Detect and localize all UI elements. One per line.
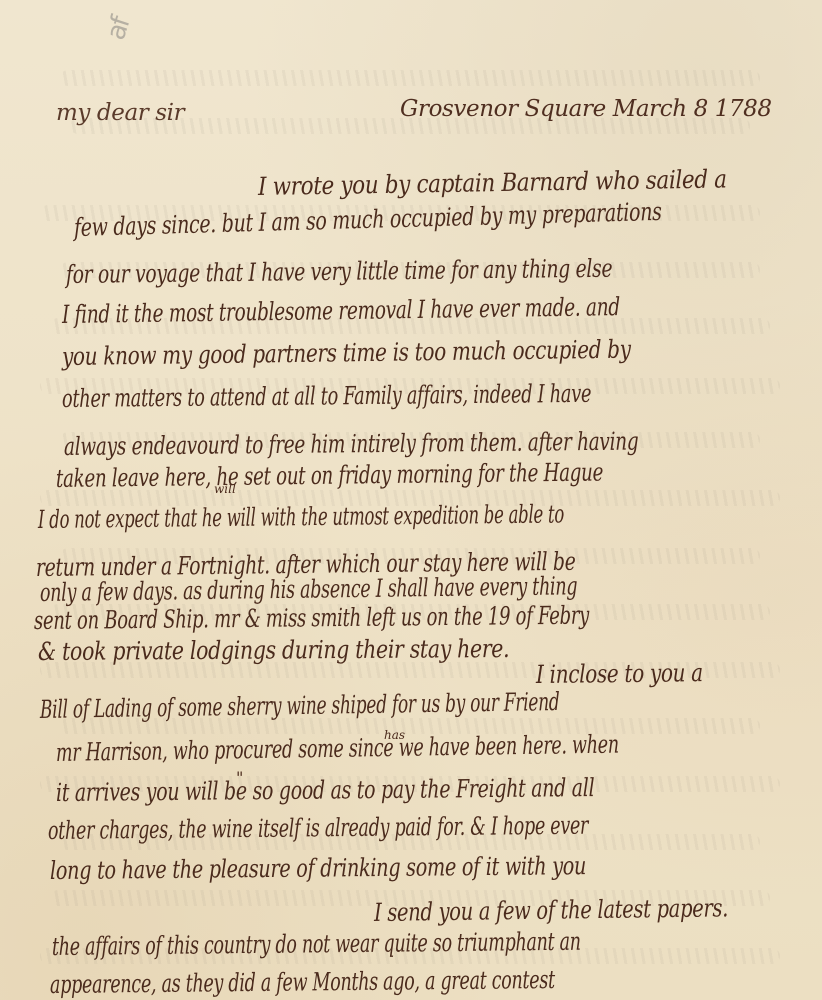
letter-line-20: I send you a few of the latest papers.: [374, 893, 728, 927]
letter-page: af my dear sir Grosvenor Square March 8 …: [0, 0, 822, 1000]
letter-line-9: I do not expect that he will with the ut…: [38, 499, 564, 534]
letter-line-3: for our voyage that I have very little t…: [66, 254, 612, 289]
letter-line-16: mr Harrison, who procured some since we …: [56, 730, 619, 767]
pencil-annotation: af: [101, 14, 136, 43]
letter-line-15: Bill of Lading of some sherry wine shipe…: [40, 687, 560, 724]
letter-line-19: long to have the pleasure of drinking so…: [50, 851, 586, 885]
letter-line-18: other charges, the wine itself is alread…: [48, 811, 588, 845]
letter-line-2: few days since. but I am so much occupie…: [74, 197, 662, 242]
letter-line-8: taken leave here, he set out on friday m…: [56, 457, 603, 493]
letter-line-22: appearence, as they did a few Months ago…: [50, 965, 555, 999]
letter-line-7: always endeavourd to free him intirely f…: [64, 427, 638, 461]
letter-line-12: sent on Board Ship. mr & miss smith left…: [34, 601, 589, 635]
salutation: my dear sir: [56, 100, 184, 126]
letter-line-13: & took private lodgings during their sta…: [38, 634, 509, 666]
letter-line-17: it arrives you will be so good as to pay…: [56, 773, 594, 807]
letter-line-21: the affairs of this country do not wear …: [52, 927, 581, 961]
letter-line-14: I inclose to you a: [536, 658, 703, 689]
place-and-date: Grosvenor Square March 8 1788: [400, 96, 772, 122]
letter-line-5: you know my good partners time is too mu…: [62, 335, 631, 371]
letter-line-4: I find it the most troublesome removal I…: [62, 292, 620, 329]
bleed-through-text: [0, 0, 822, 1000]
letter-line-6: other matters to attend at all to Family…: [62, 379, 591, 413]
insertion-will: will: [214, 482, 236, 496]
letter-line-1: I wrote you by captain Barnard who saile…: [258, 164, 727, 201]
